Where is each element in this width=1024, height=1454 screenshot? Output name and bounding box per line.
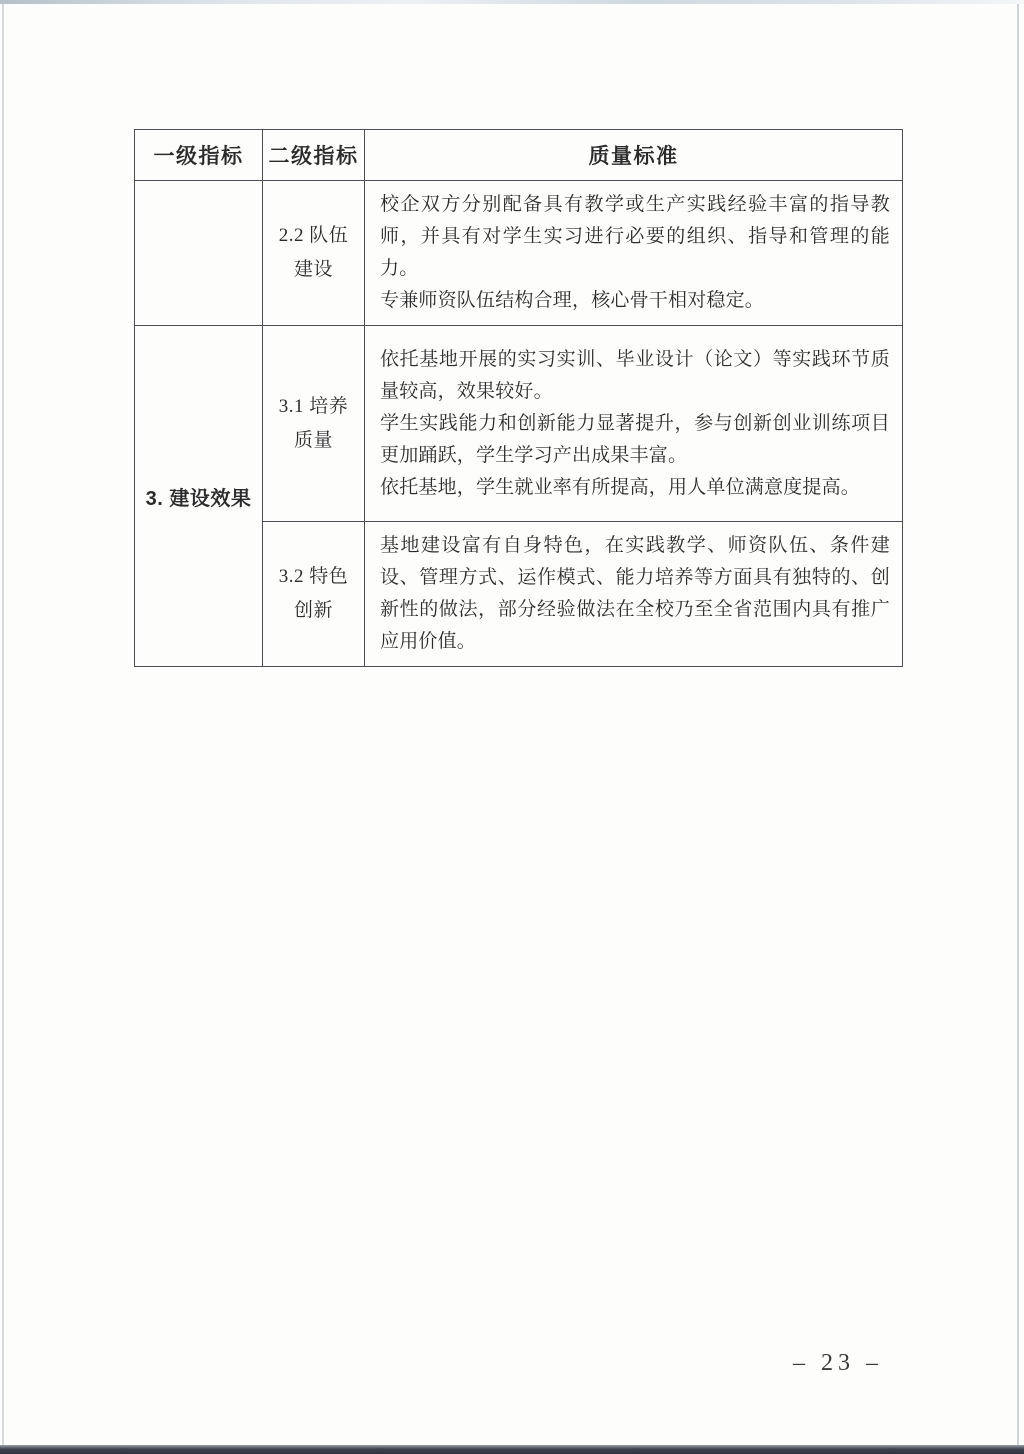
table-row-team-building: 2.2 队伍 建设 校企双方分别配备具有教学或生产实践经验丰富的指导教师，并具有… (135, 181, 903, 326)
quality-standard-cell-3-2: 基地建设富有自身特色，在实践教学、师资队伍、条件建设、管理方式、运作模式、能力培… (365, 522, 903, 667)
col-header-secondary-indicator: 二级指标 (263, 130, 365, 181)
standard-paragraph: 依托基地开展的实习实训、毕业设计（论文）等实践环节质量较高，效果较好。 (380, 344, 890, 408)
standard-paragraph: 基地建设富有自身特色，在实践教学、师资队伍、条件建设、管理方式、运作模式、能力培… (380, 530, 890, 658)
page-number: – 23 – (758, 1350, 918, 1377)
primary-indicator-cell-3: 3. 建设效果 (135, 326, 263, 667)
scan-edge-bottom (0, 1445, 1024, 1454)
quality-standard-cell-2-2: 校企双方分别配备具有教学或生产实践经验丰富的指导教师，并具有对学生实习进行必要的… (365, 181, 903, 326)
scan-edge-top (0, 0, 1024, 4)
col-header-primary-indicator: 一级指标 (135, 130, 263, 181)
standard-paragraph: 专兼师资队伍结构合理，核心骨干相对稳定。 (380, 285, 890, 317)
standard-paragraph: 校企双方分别配备具有教学或生产实践经验丰富的指导教师，并具有对学生实习进行必要的… (380, 189, 890, 285)
scan-edge-right (1017, 4, 1019, 1445)
quality-standard-cell-3-1: 依托基地开展的实习实训、毕业设计（论文）等实践环节质量较高，效果较好。 学生实践… (365, 326, 903, 522)
secondary-indicator-cell-2-2: 2.2 队伍 建设 (263, 181, 365, 326)
secondary-indicator-cell-3-1: 3.1 培养 质量 (263, 326, 365, 522)
scan-edge-left (2, 4, 4, 1445)
secondary-indicator-cell-3-2: 3.2 特色 创新 (263, 522, 365, 667)
table-row-training-quality: 3. 建设效果 3.1 培养 质量 依托基地开展的实习实训、毕业设计（论文）等实… (135, 326, 903, 522)
table-header-row: 一级指标 二级指标 质量标准 (135, 130, 903, 181)
standard-paragraph: 依托基地，学生就业率有所提高，用人单位满意度提高。 (380, 472, 890, 504)
col-header-quality-standard: 质量标准 (365, 130, 903, 181)
primary-indicator-cell-empty (135, 181, 263, 326)
quality-criteria-table: 一级指标 二级指标 质量标准 2.2 队伍 建设 校企双方分别配备具有教学或生产… (134, 129, 903, 667)
standard-paragraph: 学生实践能力和创新能力显著提升，参与创新创业训练项目更加踊跃，学生学习产出成果丰… (380, 408, 890, 472)
